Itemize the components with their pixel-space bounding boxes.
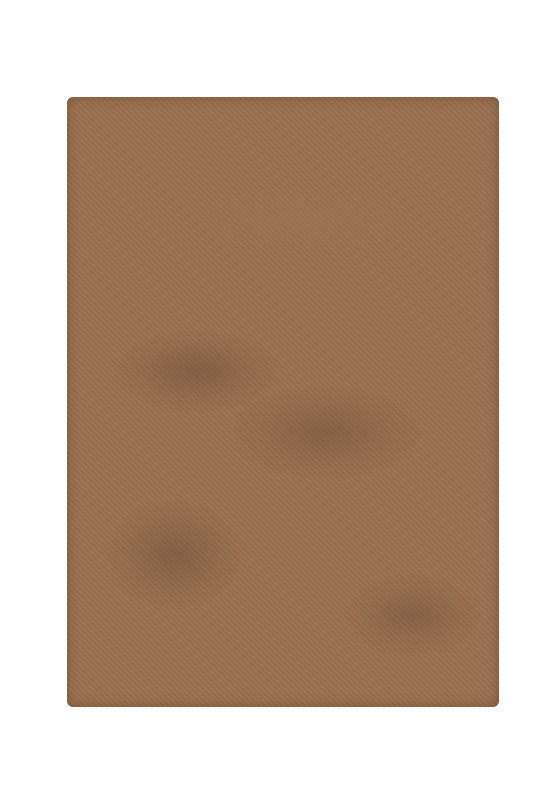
shag-rug [67,97,499,707]
